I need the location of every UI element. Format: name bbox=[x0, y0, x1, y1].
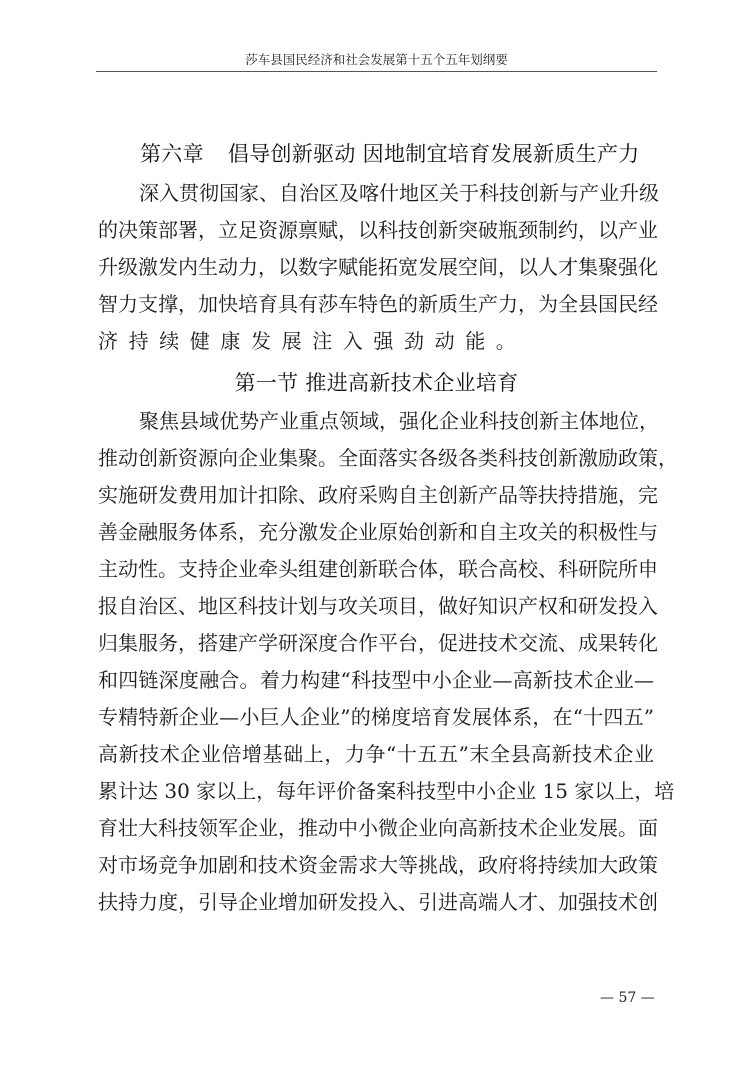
paragraph-line: 育壮大科技领军企业，推动中小微企业向高新技术企业发展。面 bbox=[98, 810, 654, 847]
chapter-intro-paragraph: 深入贯彻国家、自治区及喀什地区关于科技创新与产业升级 的决策部署，立足资源禀赋，… bbox=[98, 175, 658, 360]
paragraph-line: 对市场竞争加剧和技术资金需求大等挑战，政府将持续加大政策 bbox=[98, 847, 654, 884]
paragraph-line: 高新技术企业倍增基础上，力争“十五五”末全县高新技术企业 bbox=[98, 736, 654, 773]
section-title: 第一节 推进高新技术企业培育 bbox=[0, 369, 753, 397]
paragraph-line: 济持续健康发展注入强劲动能。 bbox=[98, 323, 654, 360]
paragraph-line: 升级激发内生动力，以数字赋能拓宽发展空间，以人才集聚强化 bbox=[98, 249, 654, 286]
header-rule bbox=[96, 71, 657, 72]
paragraph-line: 扶持力度，引导企业增加研发投入、引进高端人才、加强技术创 bbox=[98, 884, 654, 921]
chapter-number: 第六章 bbox=[140, 142, 204, 166]
chapter-heading-text: 倡导创新驱动 因地制宜培育发展新质生产力 bbox=[228, 142, 640, 166]
paragraph-line: 聚焦县域优势产业重点领域，强化企业科技创新主体地位， bbox=[139, 403, 654, 440]
paragraph-line: 归集服务，搭建产学研深度合作平台，促进技术交流、成果转化 bbox=[98, 625, 654, 662]
chapter-title: 第六章倡导创新驱动 因地制宜培育发展新质生产力 bbox=[140, 140, 640, 168]
paragraph-line: 善金融服务体系，充分激发企业原始创新和自主攻关的积极性与 bbox=[98, 514, 654, 551]
paragraph-line: 累计达 30 家以上，每年评价备案科技型中小企业 15 家以上，培 bbox=[98, 773, 654, 810]
paragraph-line: 专精特新企业—小巨人企业”的梯度培育发展体系，在“十四五” bbox=[98, 699, 654, 736]
document-page: 莎车县国民经济和社会发展第十五个五年划纲要 第六章倡导创新驱动 因地制宜培育发展… bbox=[0, 0, 753, 1066]
paragraph-line: 推动创新资源向企业集聚。全面落实各级各类科技创新激励政策， bbox=[98, 440, 654, 477]
paragraph-line: 的决策部署，立足资源禀赋，以科技创新突破瓶颈制约，以产业 bbox=[98, 212, 654, 249]
paragraph-line: 主动性。支持企业牵头组建创新联合体，联合高校、科研院所申 bbox=[98, 551, 654, 588]
paragraph-line: 实施研发费用加计扣除、政府采购自主创新产品等扶持措施，完 bbox=[98, 477, 654, 514]
paragraph-line: 和四链深度融合。着力构建“科技型中小企业—高新技术企业— bbox=[98, 662, 654, 699]
paragraph-line: 报自治区、地区科技计划与攻关项目，做好知识产权和研发投入 bbox=[98, 588, 654, 625]
running-header: 莎车县国民经济和社会发展第十五个五年划纲要 bbox=[96, 52, 657, 68]
page-number: — 57 — bbox=[600, 990, 655, 1006]
paragraph-line: 深入贯彻国家、自治区及喀什地区关于科技创新与产业升级 bbox=[139, 175, 654, 212]
section-body-paragraph: 聚焦县域优势产业重点领域，强化企业科技创新主体地位， 推动创新资源向企业集聚。全… bbox=[98, 403, 658, 921]
paragraph-line: 智力支撑，加快培育具有莎车特色的新质生产力，为全县国民经 bbox=[98, 286, 654, 323]
